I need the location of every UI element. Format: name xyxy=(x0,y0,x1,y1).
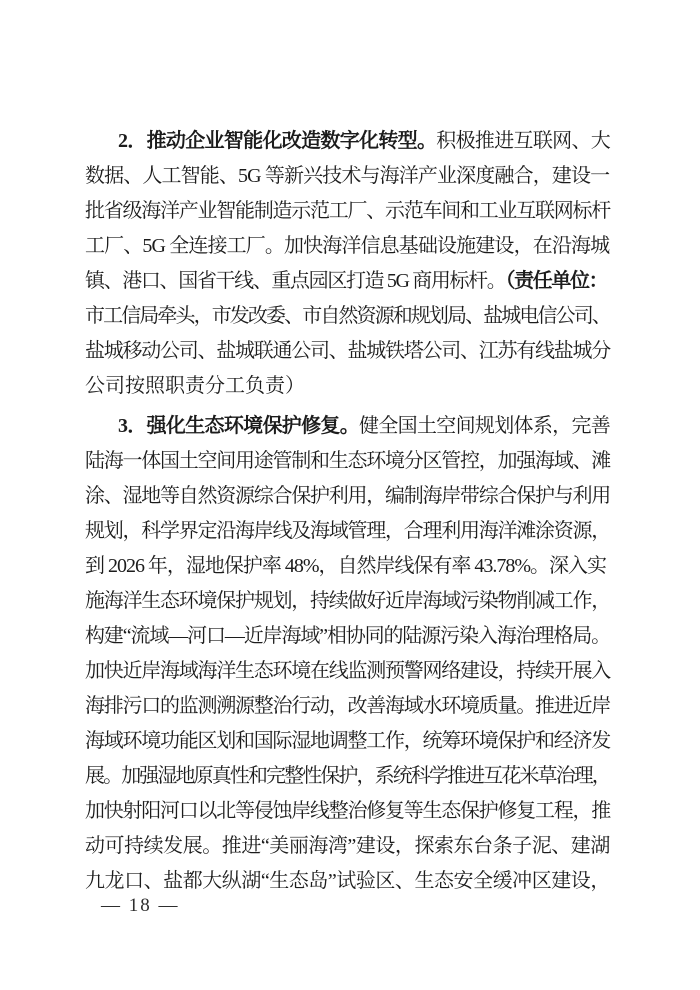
text-line-content: 施海洋生态环境保护规划，持续做好近岸海域污染物削减工作， xyxy=(85,584,610,619)
text-line: 公司按照职责分工负责） xyxy=(85,369,610,404)
text-segment: 九龙口、盐都大纵湖“生态岛”试验区、生态安全缓冲区建设， xyxy=(85,870,610,892)
text-line-content: 海域环境功能区划和国际湿地调整工作，统筹环境保护和经济发 xyxy=(85,724,610,759)
text-segment: 施海洋生态环境保护规划，持续做好近岸海域污染物削减工作， xyxy=(85,590,610,612)
text-segment: 海域环境功能区划和国际湿地调整工作，统筹环境保护和经济发 xyxy=(85,730,610,752)
text-segment: 涂、湿地等自然资源综合保护利用，编制海岸带综合保护与利用 xyxy=(85,485,610,507)
text-line: 动可持续发展。推进“美丽海湾”建设，探索东台条子泥、建湖 xyxy=(85,829,610,864)
text-segment: 健全国土空间规划体系，完善 xyxy=(359,415,610,437)
text-line: 规划，科学界定沿海岸线及海域管理，合理利用海洋滩涂资源， xyxy=(85,514,610,549)
text-segment: 陆海一体国土空间用途管制和生态环境分区管控，加强海域、滩 xyxy=(85,450,610,472)
text-line: 批省级海洋产业智能制造示范工厂、示范车间和工业互联网标杆 xyxy=(85,194,610,229)
text-line-content: 公司按照职责分工负责） xyxy=(85,369,305,404)
text-segment: 加快近岸海域海洋生态环境在线监测预警网络建设，持续开展入 xyxy=(85,660,610,682)
text-segment: 数据、人工智能、5G 等新兴技术与海洋产业深度融合，建设一 xyxy=(85,165,609,187)
text-line-content: 市工信局牵头，市发改委、市自然资源和规划局、盐城电信公司、 xyxy=(85,299,610,334)
text-segment: 海排污口的监测溯源整治行动，改善海域水环境质量。推进近岸 xyxy=(85,695,610,717)
paragraph-item-3-ecological-protection: 3．强化生态环境保护修复。健全国土空间规划体系，完善陆海一体国土空间用途管制和生… xyxy=(85,409,610,899)
text-line: 到 2026 年，湿地保护率 48%，自然岸线保有率 43.78%。深入实 xyxy=(85,549,610,584)
text-segment: 市工信局牵头，市发改委、市自然资源和规划局、盐城电信公司、 xyxy=(85,305,610,327)
text-line-content: 规划，科学界定沿海岸线及海域管理，合理利用海洋滩涂资源， xyxy=(85,514,610,549)
text-line-content: 展。加强湿地原真性和完整性保护，系统科学推进互花米草治理， xyxy=(85,759,610,794)
text-segment: 工厂、5G 全连接工厂。加快海洋信息基础设施建设，在沿海城 xyxy=(85,235,609,257)
text-line: 加快射阳河口以北等侵蚀岸线整治修复等生态保护修复工程，推 xyxy=(85,794,610,829)
text-line: 加快近岸海域海洋生态环境在线监测预警网络建设，持续开展入 xyxy=(85,654,610,689)
text-line: 市工信局牵头，市发改委、市自然资源和规划局、盐城电信公司、 xyxy=(85,299,610,334)
emphasis-text-segment: 3．强化生态环境保护修复。 xyxy=(118,415,359,437)
text-segment: 公司按照职责分工负责） xyxy=(85,375,305,397)
text-line: 盐城移动公司、盐城联通公司、盐城铁塔公司、江苏有线盐城分 xyxy=(85,334,610,369)
text-segment: 批省级海洋产业智能制造示范工厂、示范车间和工业互联网标杆 xyxy=(85,200,610,222)
emphasis-text-segment: （责任单位： xyxy=(505,270,607,292)
document-page: 2．推动企业智能化改造数字化转型。积极推进互联网、大数据、人工智能、5G 等新兴… xyxy=(0,0,700,990)
text-line: 工厂、5G 全连接工厂。加快海洋信息基础设施建设，在沿海城 xyxy=(85,229,610,264)
text-line: 海排污口的监测溯源整治行动，改善海域水环境质量。推进近岸 xyxy=(85,689,610,724)
text-line-content: 盐城移动公司、盐城联通公司、盐城铁塔公司、江苏有线盐城分 xyxy=(85,334,610,369)
text-segment: 展。加强湿地原真性和完整性保护，系统科学推进互花米草治理， xyxy=(85,765,610,787)
text-line: 涂、湿地等自然资源综合保护利用，编制海岸带综合保护与利用 xyxy=(85,479,610,514)
text-line: 镇、港口、国省干线、重点园区打造 5G 商用标杆。（责任单位： xyxy=(85,264,610,299)
text-line: 3．强化生态环境保护修复。健全国土空间规划体系，完善 xyxy=(85,409,610,444)
text-line-content: 陆海一体国土空间用途管制和生态环境分区管控，加强海域、滩 xyxy=(85,444,610,479)
text-line-content: 海排污口的监测溯源整治行动，改善海域水环境质量。推进近岸 xyxy=(85,689,610,724)
text-line-content: 数据、人工智能、5G 等新兴技术与海洋产业深度融合，建设一 xyxy=(85,159,609,194)
page-number: — 18 — xyxy=(101,894,180,918)
text-line-content: 涂、湿地等自然资源综合保护利用，编制海岸带综合保护与利用 xyxy=(85,479,610,514)
document-body: 2．推动企业智能化改造数字化转型。积极推进互联网、大数据、人工智能、5G 等新兴… xyxy=(85,124,610,899)
text-line-content: 批省级海洋产业智能制造示范工厂、示范车间和工业互联网标杆 xyxy=(85,194,610,229)
text-line: 陆海一体国土空间用途管制和生态环境分区管控，加强海域、滩 xyxy=(85,444,610,479)
text-segment: 规划，科学界定沿海岸线及海域管理，合理利用海洋滩涂资源， xyxy=(85,520,610,542)
text-line: 海域环境功能区划和国际湿地调整工作，统筹环境保护和经济发 xyxy=(85,724,610,759)
text-line-content: 2．推动企业智能化改造数字化转型。积极推进互联网、大 xyxy=(85,124,610,159)
text-line-content: 构建“流域—河口—近岸海域”相协同的陆源污染入海治理格局。 xyxy=(85,619,610,654)
text-segment: 积极推进互联网、大 xyxy=(436,130,610,152)
text-segment: 镇、港口、国省干线、重点园区打造 5G 商用标杆。 xyxy=(85,270,505,292)
text-line-content: 工厂、5G 全连接工厂。加快海洋信息基础设施建设，在沿海城 xyxy=(85,229,609,264)
emphasis-text-segment: 2．推动企业智能化改造数字化转型。 xyxy=(118,130,436,152)
text-segment: 到 2026 年，湿地保护率 48%，自然岸线保有率 43.78%。深入实 xyxy=(85,555,606,577)
text-line: 构建“流域—河口—近岸海域”相协同的陆源污染入海治理格局。 xyxy=(85,619,610,654)
text-segment: 盐城移动公司、盐城联通公司、盐城铁塔公司、江苏有线盐城分 xyxy=(85,340,610,362)
text-line: 数据、人工智能、5G 等新兴技术与海洋产业深度融合，建设一 xyxy=(85,159,610,194)
text-line-content: 加快射阳河口以北等侵蚀岸线整治修复等生态保护修复工程，推 xyxy=(85,794,610,829)
text-line: 2．推动企业智能化改造数字化转型。积极推进互联网、大 xyxy=(85,124,610,159)
text-line-content: 到 2026 年，湿地保护率 48%，自然岸线保有率 43.78%。深入实 xyxy=(85,549,606,584)
text-segment: 加快射阳河口以北等侵蚀岸线整治修复等生态保护修复工程，推 xyxy=(85,800,610,822)
text-line-content: 3．强化生态环境保护修复。健全国土空间规划体系，完善 xyxy=(85,409,610,444)
text-line-content: 镇、港口、国省干线、重点园区打造 5G 商用标杆。（责任单位： xyxy=(85,264,607,299)
paragraph-item-2-smart-transformation: 2．推动企业智能化改造数字化转型。积极推进互联网、大数据、人工智能、5G 等新兴… xyxy=(85,124,610,404)
text-line-content: 动可持续发展。推进“美丽海湾”建设，探索东台条子泥、建湖 xyxy=(85,829,610,864)
text-line: 展。加强湿地原真性和完整性保护，系统科学推进互花米草治理， xyxy=(85,759,610,794)
text-line-content: 加快近岸海域海洋生态环境在线监测预警网络建设，持续开展入 xyxy=(85,654,610,689)
text-segment: 构建“流域—河口—近岸海域”相协同的陆源污染入海治理格局。 xyxy=(85,625,610,647)
text-line: 施海洋生态环境保护规划，持续做好近岸海域污染物削减工作， xyxy=(85,584,610,619)
text-segment: 动可持续发展。推进“美丽海湾”建设，探索东台条子泥、建湖 xyxy=(85,835,610,857)
